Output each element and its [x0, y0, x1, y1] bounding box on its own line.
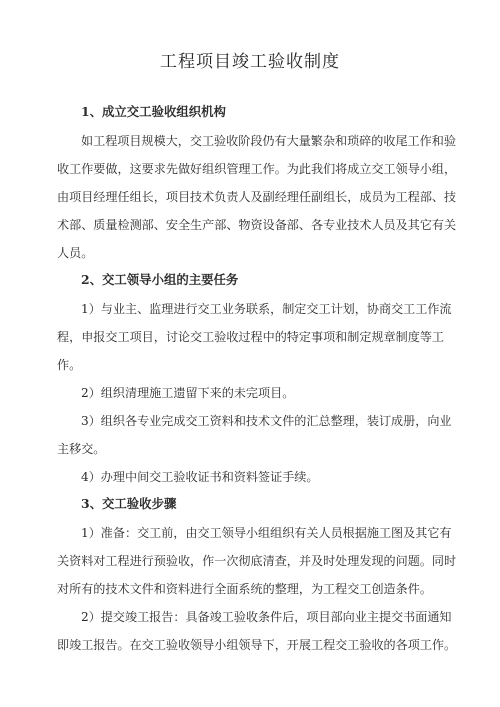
- paragraph: 2）组织清理施工遗留下来的未完项目。: [57, 379, 444, 407]
- text-line: 如工程项目规模大，交工验收阶段仍有大量繁杂和琐碎的收尾工作和验: [57, 127, 444, 155]
- text-line: 关资料对工程进行预验收，作一次彻底清查，并及时处理发现的问题。同时: [57, 547, 444, 575]
- paragraph: 2）提交竣工报告：具备竣工验收条件后，项目部向业主提交书面通知 即竣工报告。在交…: [57, 603, 444, 659]
- text-line: 术部、质量检测部、安全生产部、物资设备部、各专业技术人员及其它有关: [57, 211, 444, 239]
- text-line: 即竣工报告。在交工验收领导小组领导下，开展工程交工验收的各项工作。: [57, 631, 444, 659]
- text-line: 1）与业主、监理进行交工业务联系，制定交工计划，协商交工工作流: [57, 295, 444, 323]
- section-heading: 2、交工领导小组的主要任务: [57, 267, 444, 293]
- text-line: 3）组织各专业完成交工资料和技术文件的汇总整理，装订成册，向业: [57, 407, 444, 435]
- paragraph: 3）组织各专业完成交工资料和技术文件的汇总整理，装订成册，向业 主移交。: [57, 407, 444, 463]
- document-title: 工程项目竣工验收制度: [0, 47, 500, 72]
- text-line: 4）办理中间交工验收证书和资料签证手续。: [57, 463, 444, 491]
- paragraph: 1）与业主、监理进行交工业务联系，制定交工计划，协商交工工作流 程，申报交工项目…: [57, 295, 444, 379]
- paragraph: 如工程项目规模大，交工验收阶段仍有大量繁杂和琐碎的收尾工作和验 收工作要做，这要…: [57, 127, 444, 267]
- text-line: 对所有的技术文件和资料进行全面系统的整理，为工程交工创造条件。: [57, 575, 444, 603]
- text-line: 由项目经理任组长，项目技术负责人及副经理任副组长，成员为工程部、技: [57, 183, 444, 211]
- text-line: 2）提交竣工报告：具备竣工验收条件后，项目部向业主提交书面通知: [57, 603, 444, 631]
- text-line: 收工作要做，这要求先做好组织管理工作。为此我们将成立交工领导小组，: [57, 155, 444, 183]
- document-page: 工程项目竣工验收制度 1、成立交工验收组织机构 如工程项目规模大，交工验收阶段仍…: [0, 0, 500, 707]
- text-line: 主移交。: [57, 435, 444, 463]
- paragraph: 1）准备：交工前，由交工领导小组组织有关人员根据施工图及其它有 关资料对工程进行…: [57, 519, 444, 603]
- text-line: 2）组织清理施工遗留下来的未完项目。: [57, 379, 444, 407]
- section-heading: 1、成立交工验收组织机构: [57, 99, 444, 125]
- text-line: 1）准备：交工前，由交工领导小组组织有关人员根据施工图及其它有: [57, 519, 444, 547]
- text-line: 作。: [57, 351, 444, 379]
- text-line: 程，申报交工项目，讨论交工验收过程中的特定事项和制定规章制度等工: [57, 323, 444, 351]
- text-line: 人员。: [57, 239, 444, 267]
- paragraph: 4）办理中间交工验收证书和资料签证手续。: [57, 463, 444, 491]
- section-heading: 3、交工验收步骤: [57, 491, 444, 517]
- document-body: 1、成立交工验收组织机构 如工程项目规模大，交工验收阶段仍有大量繁杂和琐碎的收尾…: [57, 99, 444, 659]
